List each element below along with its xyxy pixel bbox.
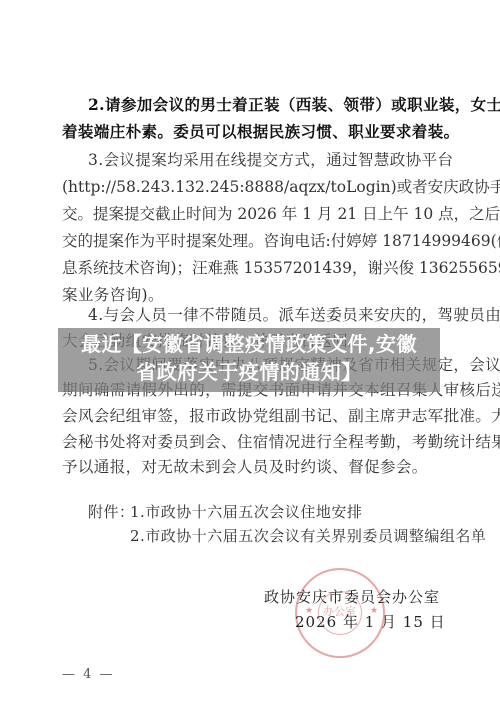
signature-organization: 政协安庆市委员会办公室 [264,587,440,607]
page-number: — 4 — [62,667,115,682]
attachment-item-1: 1.市政协十六届五次会议住地安排 [130,502,362,522]
headline-overlay-banner: 最近【安徽省调整疫情政策文件,安徽 省政府关于疫情的通知】 [58,328,440,392]
paragraph-3-line-5: 息系统技术咨询)；汪难燕 15357201439，谢兴俊 13625565989… [62,258,438,278]
signature-date: 2026 年 1 月 15 日 [295,612,446,632]
paragraph-5-line-5: 予以通报，对无故未到会人员及时约谈、督促参会。 [62,457,438,477]
attachments-label: 附件： [88,502,135,522]
paragraph-3-line-4: 交的提案作为平时提案处理。咨询电话:付婷婷 18714999469(信 [62,231,438,251]
attachment-item-2: 2.市政协十六届五次会议有关界别委员调整编组名单 [130,526,486,546]
headline-title: 最近【安徽省调整疫情政策文件,安徽 省政府关于疫情的通知】 [58,330,440,386]
paragraph-2-line-1: 2.请参加会议的男士着正装（西装、领带）或职业装，女士 [88,95,438,115]
paragraph-4-line-1: 4.与会人员一律不带随员。派车送委员来安庆的，驾驶员由 [88,305,438,325]
paragraph-3-line-3: 交。提案提交截止时间为 2026 年 1 月 21 日上午 10 点，之后提 [62,204,438,224]
headline-line-2: 省政府关于疫情的通知】 [58,358,440,386]
paragraph-3-line-2: (http://58.243.132.245:8888/aqzx/toLogin… [62,177,438,197]
paragraph-3-line-6: 案业务咨询)。 [62,285,438,305]
headline-line-1: 最近【安徽省调整疫情政策文件,安徽 [58,330,440,358]
paragraph-5-line-4: 会秘书处将对委员到会、住宿情况进行全程考勤，考勤统计结果 [62,432,438,452]
paragraph-3-line-1: 3.会议提案均采用在线提交方式，通过智慧政协平台 [88,150,438,170]
paragraph-5-line-3: 会风会纪组审签，报市政协党组副书记、副主席尹志军批准。大 [62,406,438,426]
document-page: 2.请参加会议的男士着正装（西装、领带）或职业装，女士 着装端庄朴素。委员可以根… [0,0,500,721]
paragraph-2-line-2: 着装端庄朴素。委员可以根据民族习惯、职业要求着装。 [62,122,438,142]
